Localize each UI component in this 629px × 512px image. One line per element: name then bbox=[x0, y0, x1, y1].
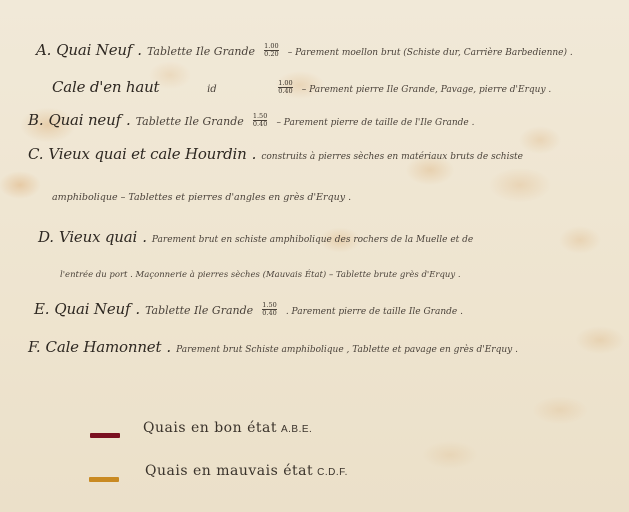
entry-b: B. Quai neuf . Tablette Ile Grande 1.50 … bbox=[28, 110, 474, 129]
entry-tablette: Tablette Ile Grande bbox=[136, 115, 244, 128]
entry-tablette: Tablette Ile Grande bbox=[145, 304, 253, 317]
entry-name: Cale d'en haut bbox=[52, 78, 202, 96]
entry-letter: E. bbox=[34, 300, 49, 318]
entry-f: F. Cale Hamonnet . Parement brut Schiste… bbox=[28, 337, 518, 356]
entry-description: . Parement pierre de taille Ile Grande . bbox=[286, 307, 463, 317]
entry-description: – Parement pierre Ile Grande, Pavage, pi… bbox=[302, 85, 552, 95]
legend-item-bad: Quais en mauvais étatC.D.F. bbox=[145, 463, 348, 479]
entry-name: Cale Hamonnet bbox=[46, 338, 162, 356]
entry-c-line2: amphibolique – Tablettes et pierres d'an… bbox=[52, 192, 351, 203]
dimension-fraction: 1.00 0.40 bbox=[278, 80, 292, 95]
entry-name: Quai neuf bbox=[49, 111, 121, 129]
entry-letter: A. bbox=[36, 41, 51, 59]
entry-description: – Parement moellon brut (Schiste dur, Ca… bbox=[288, 48, 573, 58]
entry-c: C. Vieux quai et cale Hourdin . construi… bbox=[28, 144, 523, 163]
legend-swatch-bad bbox=[89, 477, 119, 482]
entry-cale-d-en-haut: Cale d'en haut id 1.00 0.40 – Parement p… bbox=[52, 77, 551, 96]
entry-name: Quai Neuf bbox=[56, 41, 132, 59]
entry-letter: B. bbox=[28, 111, 43, 129]
entry-d: D. Vieux quai . Parement brut en schiste… bbox=[38, 227, 473, 246]
entry-e: E. Quai Neuf . Tablette Ile Grande 1.50 … bbox=[34, 299, 463, 318]
entry-d-line2: l'entrée du port . Maçonnerie à pierres … bbox=[60, 270, 461, 280]
dimension-fraction: 1.50 0.40 bbox=[262, 302, 276, 317]
dimension-fraction: 1.00 0.20 bbox=[264, 43, 278, 58]
entry-a: A. Quai Neuf . Tablette Ile Grande 1.00 … bbox=[36, 40, 573, 59]
entry-description: – Parement pierre de taille de l'Ile Gra… bbox=[276, 118, 474, 128]
legend-swatch-good bbox=[90, 433, 120, 438]
entry-description: Parement brut Schiste amphibolique , Tab… bbox=[176, 345, 518, 355]
entry-tablette: Tablette Ile Grande bbox=[147, 45, 255, 58]
entry-letter: F. bbox=[28, 338, 40, 356]
entry-tablette: id bbox=[207, 84, 269, 95]
entry-name: Vieux quai bbox=[59, 228, 137, 246]
entry-name: Vieux quai et cale Hourdin bbox=[48, 145, 246, 163]
entry-name: Quai Neuf bbox=[54, 300, 130, 318]
entry-description: Parement brut en schiste amphibolique de… bbox=[152, 235, 473, 245]
entry-description: construits à pierres sèches en matériaux… bbox=[261, 152, 523, 162]
entry-letter: D. bbox=[38, 228, 54, 246]
dimension-fraction: 1.50 0.40 bbox=[253, 113, 267, 128]
entry-letter: C. bbox=[28, 145, 43, 163]
legend-item-good: Quais en bon étatA.B.E. bbox=[143, 420, 312, 436]
